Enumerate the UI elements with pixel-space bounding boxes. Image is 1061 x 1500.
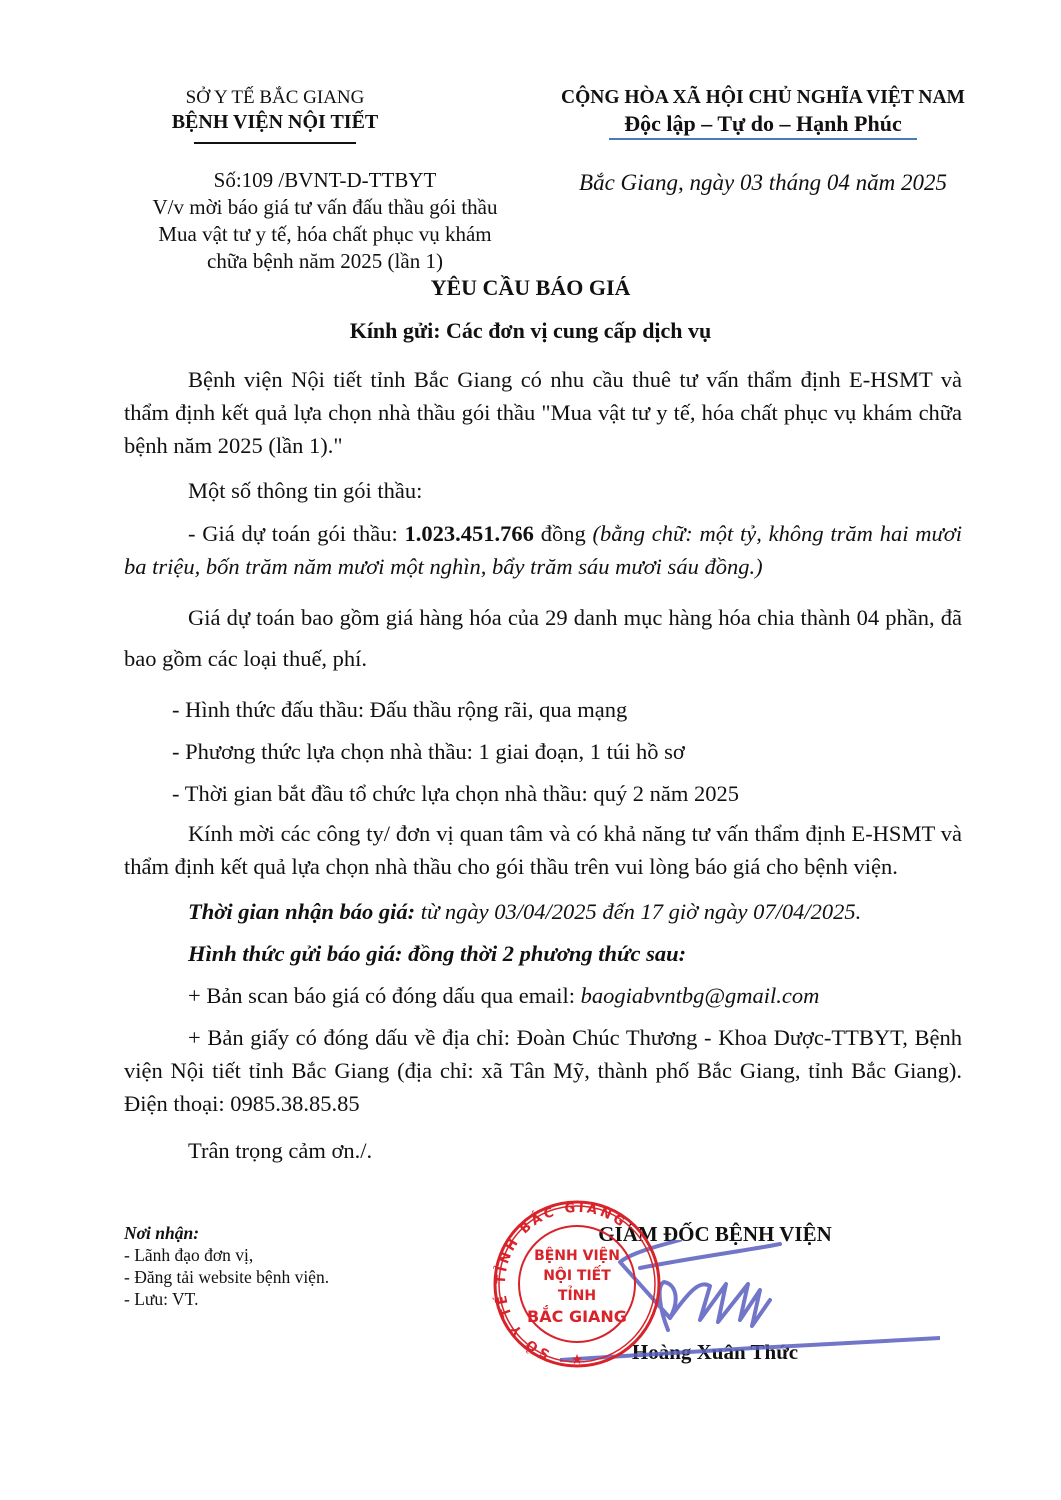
recipients-list: Nơi nhận: - Lãnh đạo đơn vị, - Đăng tải … [124,1222,464,1310]
national-header-block: CỘNG HÒA XÃ HỘI CHỦ NGHĨA VIỆT NAM Độc l… [520,86,1006,140]
deadline-value: từ ngày 03/04/2025 đến 17 giờ ngày 07/04… [415,899,861,924]
recipient-item: - Lưu: VT. [124,1288,464,1310]
recipient-item: - Lãnh đạo đơn vị, [124,1244,464,1266]
seal-inner-line: BẮC GIANG [527,1305,627,1326]
intro-paragraph: Bệnh viện Nội tiết tỉnh Bắc Giang có nhu… [124,363,962,462]
package-info-heading: Một số thông tin gói thầu: [124,474,962,507]
deadline-paragraph: Thời gian nhận báo giá: từ ngày 03/04/20… [124,895,962,928]
submission-email-paragraph: + Bản scan báo giá có đóng dấu qua email… [124,979,962,1012]
subject-line: Mua vật tư y tế, hóa chất phục vụ khám [120,221,530,248]
estimate-paragraph: - Giá dự toán gói thầu: 1.023.451.766 đồ… [124,517,962,583]
document-title: YÊU CẦU BÁO GIÁ [0,275,1061,301]
addressee-line: Kính gửi: Các đơn vị cung cấp dịch vụ [0,318,1061,344]
recipients-heading: Nơi nhận: [124,1222,464,1244]
estimate-unit: đồng [534,521,593,546]
bullet-item: - Thời gian bắt đầu tổ chức lựa chọn nhà… [124,773,962,815]
submission-email-label: + Bản scan báo giá có đóng dấu qua email… [188,983,581,1008]
estimate-note: Giá dự toán bao gồm giá hàng hóa của 29 … [124,597,962,679]
subject-line: V/v mời báo giá tư vấn đấu thầu gói thầu [120,194,530,221]
estimate-amount: 1.023.451.766 [405,521,534,546]
submission-paper-paragraph: + Bản giấy có đóng dấu về địa chỉ: Đoàn … [124,1021,962,1120]
bullet-item: - Hình thức đấu thầu: Đấu thầu rộng rãi,… [124,689,962,731]
nation-name: CỘNG HÒA XÃ HỘI CHỦ NGHĨA VIỆT NAM [520,86,1006,110]
seal-inner-line: NỘI TIẾT [543,1265,611,1284]
submission-email-address[interactable]: baogiabvntbg@gmail.com [581,983,820,1008]
seal-inner-line: BỆNH VIỆN [534,1246,620,1264]
department-name: SỞ Y TẾ BẮC GIANG [110,86,440,110]
closing-line: Trân trọng cảm ơn./. [124,1134,962,1167]
subject-line: chữa bệnh năm 2025 (lần 1) [120,248,530,275]
estimate-label: - Giá dự toán gói thầu: [188,521,405,546]
recipient-item: - Đăng tải website bệnh viện. [124,1266,464,1288]
official-seal: SỞ Y TẾ TỈNH BẮC GIANG BỆNH VIỆN NỘI TIẾ… [492,1198,662,1370]
motto-underline [609,138,917,140]
place-and-date: Bắc Giang, ngày 03 tháng 04 năm 2025 [520,168,1006,198]
document-number: Số:109 /BVNT-D-TTBYT [120,167,530,194]
organization-underline [194,142,356,144]
document-reference: Số:109 /BVNT-D-TTBYT V/v mời báo giá tư … [120,167,530,275]
national-motto: Độc lập – Tự do – Hạnh Phúc [520,110,1006,138]
bullet-item: - Phương thức lựa chọn nhà thầu: 1 giai … [124,731,962,773]
organization-name: BỆNH VIỆN NỘI TIẾT [110,110,440,134]
seal-inner-line: TỈNH [558,1285,596,1304]
submission-heading: Hình thức gửi báo giá: đồng thời 2 phươn… [124,937,962,970]
issuing-authority-block: SỞ Y TẾ BẮC GIANG BỆNH VIỆN NỘI TIẾT [110,86,440,144]
star-icon: ★ [571,1352,584,1368]
document-body: Bệnh viện Nội tiết tỉnh Bắc Giang có nhu… [124,363,962,1167]
deadline-label: Thời gian nhận báo giá: [188,899,415,924]
invitation-paragraph: Kính mời các công ty/ đơn vị quan tâm và… [124,817,962,883]
